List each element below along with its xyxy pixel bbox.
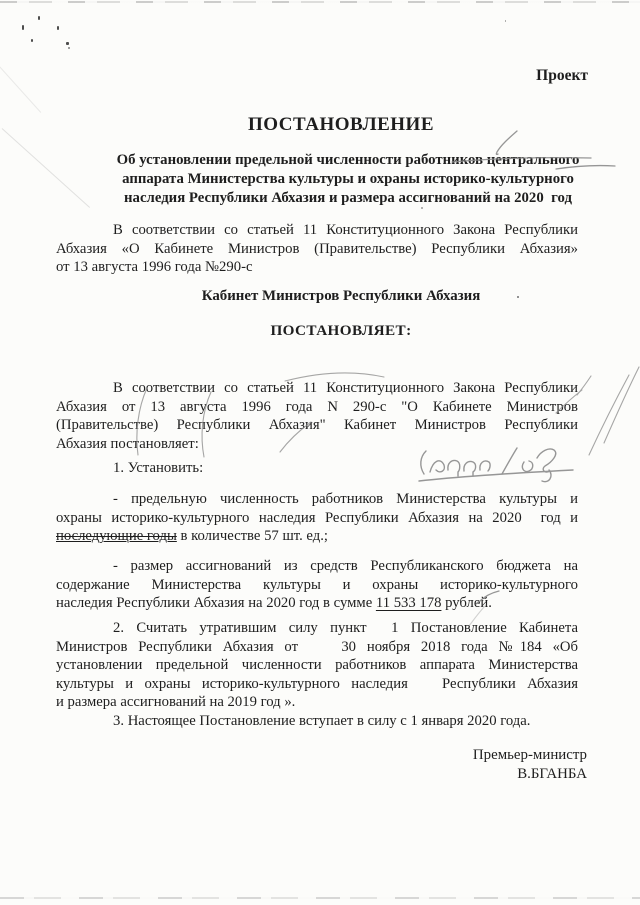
body-line: Абхазия от 13 августа 1996 года N 290-с … <box>56 398 578 417</box>
bullet-budget: - размер ассигнований из средств Республ… <box>56 557 578 613</box>
subject-line: Об установлении предельной численности р… <box>78 151 618 170</box>
scanned-document-page: Проект ПОСТАНОВЛЕНИЕ Об установлении пре… <box>0 0 640 905</box>
resolves-heading: ПОСТАНОВЛЯЕТ: <box>76 322 606 340</box>
subject-text: Об установлении предельной численности р… <box>117 152 487 168</box>
ink-speck <box>57 26 59 30</box>
item-3-paragraph: 3. Настоящее Постановление вступает в си… <box>56 712 578 731</box>
bullet-text: рублей. <box>441 595 491 611</box>
bullet-text: в количестве 57 шт. ед.; <box>177 528 328 544</box>
bullet-line: содержание Министерства культуры и охран… <box>56 576 578 595</box>
ink-speck <box>31 39 33 42</box>
item-1-text: 1. Установить: <box>56 459 578 478</box>
item-2-paragraph: 2. Считать утратившим силу пункт 1 Поста… <box>56 619 578 712</box>
subject-line: аппарата Министерства культуры и охраны … <box>78 170 618 189</box>
item-1-heading: 1. Установить: <box>56 459 578 478</box>
signature-name: В.БГАНБА <box>473 765 587 784</box>
body-line: Абхазия постановляет: <box>56 435 578 454</box>
body-paragraph: В соответствии со статьей 11 Конституцио… <box>56 379 578 453</box>
document-title: ПОСТАНОВЛЕНИЕ <box>76 114 606 136</box>
scan-noise-top-edge <box>0 1 640 3</box>
struck-phrase: последующие годы <box>56 528 177 544</box>
item-2-line: 2. Считать утратившим силу пункт 1 Поста… <box>56 619 578 638</box>
item-2-line: Министров Республики Абхазия от 30 ноябр… <box>56 638 578 657</box>
ink-speck <box>22 25 24 30</box>
bullet-line: - предельную численность работников Мини… <box>56 490 578 509</box>
struck-word: центрального <box>487 152 580 168</box>
scan-noise-bottom-edge <box>0 897 640 899</box>
item-2-line: установлении предельной численности рабо… <box>56 656 578 675</box>
item-2-line: культуры и охраны историко-культурного н… <box>56 675 578 694</box>
ink-speck <box>505 20 506 22</box>
draft-label: Проект <box>536 67 588 85</box>
preamble-paragraph: В соответствии со статьей 11 Конституцио… <box>56 221 578 277</box>
signature-block: Премьер-министр В.БГАНБА <box>473 746 587 783</box>
bullet-headcount: - предельную численность работников Мини… <box>56 490 578 546</box>
ink-speck <box>68 47 70 49</box>
preamble-line: Абхазия «О Кабинете Министров (Правитель… <box>56 240 578 259</box>
document-subject: Об установлении предельной численности р… <box>78 151 618 207</box>
body-line: (Правительстве) Республики Абхазия" Каби… <box>56 416 578 435</box>
authority-name: Кабинет Министров Республики Абхазия <box>76 288 606 305</box>
ink-speck <box>66 42 69 45</box>
underlined-sum: 11 533 178 <box>376 595 442 611</box>
item-3-text: 3. Настоящее Постановление вступает в си… <box>56 712 578 731</box>
paper-crease-small <box>0 60 41 113</box>
preamble-line: В соответствии со статьей 11 Конституцио… <box>56 221 578 240</box>
bullet-text: наследия Республики Абхазия на 2020 год … <box>56 595 376 611</box>
preamble-line: от 13 августа 1996 года №290-с <box>56 258 578 277</box>
bullet-line: - размер ассигнований из средств Республ… <box>56 557 578 576</box>
paper-crease <box>2 128 90 208</box>
body-line: В соответствии со статьей 11 Конституцио… <box>56 379 578 398</box>
bullet-line: наследия Республики Абхазия на 2020 год … <box>56 594 578 613</box>
signature-role: Премьер-министр <box>473 746 587 765</box>
item-2-line: и размера ассигнований на 2019 год ». <box>56 693 578 712</box>
bullet-line: последующие годы в количестве 57 шт. ед.… <box>56 527 578 546</box>
bullet-line: охраны историко-культурного наследия Рес… <box>56 509 578 528</box>
ink-speck <box>38 16 40 20</box>
subject-line: наследия Республики Абхазия и размера ас… <box>78 189 618 208</box>
